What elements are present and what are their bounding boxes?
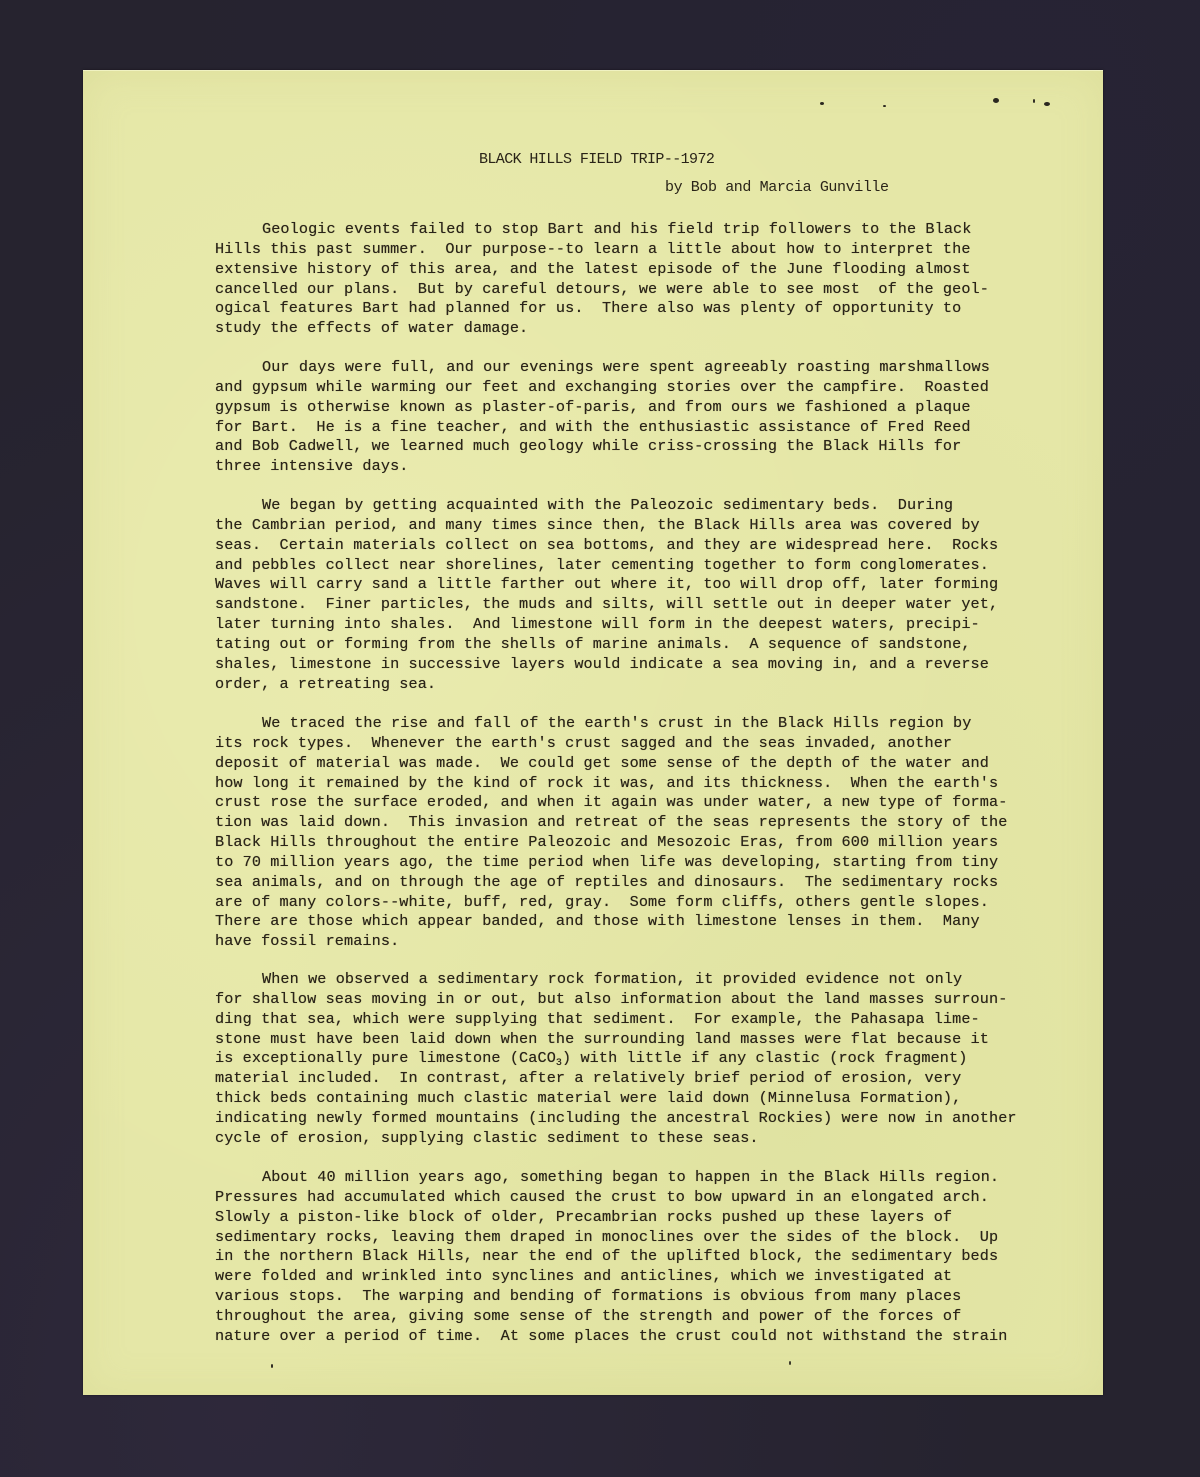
text-line: Pressures had accumulated which caused t… xyxy=(215,1188,1095,1208)
text-line: nature over a period of time. At some pl… xyxy=(215,1327,1095,1347)
text-line: sea animals, and on through the age of r… xyxy=(215,873,1095,893)
text-line: Geologic events failed to stop Bart and … xyxy=(215,220,1095,240)
paragraph: We began by getting acquainted with the … xyxy=(215,496,1095,694)
text-line: Waves will carry sand a little farther o… xyxy=(215,575,1095,595)
text-line: order, a retreating sea. xyxy=(215,675,1095,695)
text-line: We began by getting acquainted with the … xyxy=(215,496,1095,516)
text-line: and pebbles collect near shorelines, lat… xyxy=(215,556,1095,576)
text-line: tion was laid down. This invasion and re… xyxy=(215,813,1095,833)
text-line: are of many colors--white, buff, red, gr… xyxy=(215,893,1095,913)
text-line: cancelled our plans. But by careful deto… xyxy=(215,280,1095,300)
text-line: Black Hills throughout the entire Paleoz… xyxy=(215,833,1095,853)
text-line: Slowly a piston-like block of older, Pre… xyxy=(215,1208,1095,1228)
text-line: to 70 million years ago, the time period… xyxy=(215,853,1095,873)
document-title: BLACK HILLS FIELD TRIP--1972 xyxy=(479,151,714,168)
text-line: ding that sea, which were supplying that… xyxy=(215,1010,1095,1030)
text-line: the Cambrian period, and many times sinc… xyxy=(215,516,1095,536)
text-line: thick beds containing much clastic mater… xyxy=(215,1089,1095,1109)
text-line: cycle of erosion, supplying clastic sedi… xyxy=(215,1129,1095,1149)
text-line: sedimentary rocks, leaving them draped i… xyxy=(215,1228,1095,1248)
text-line: in the northern Black Hills, near the en… xyxy=(215,1247,1095,1267)
text-line: how long it remained by the kind of rock… xyxy=(215,774,1095,794)
text-line: crust rose the surface eroded, and when … xyxy=(215,793,1095,813)
text-line: material included. In contrast, after a … xyxy=(215,1069,1095,1089)
text-line: throughout the area, giving some sense o… xyxy=(215,1307,1095,1327)
paper-speck xyxy=(1033,99,1035,103)
text-line: gypsum is otherwise known as plaster-of-… xyxy=(215,398,1095,418)
text-line: seas. Certain materials collect on sea b… xyxy=(215,536,1095,556)
paper-speck xyxy=(1044,102,1050,106)
text-line: When we observed a sedimentary rock form… xyxy=(215,970,1095,990)
text-line: We traced the rise and fall of the earth… xyxy=(215,714,1095,734)
paper-speck xyxy=(993,98,999,103)
text-line: study the effects of water damage. xyxy=(215,319,1095,339)
text-line: stone must have been laid down when the … xyxy=(215,1030,1095,1050)
paper-speck xyxy=(883,105,886,107)
text-line: later turning into shales. And limestone… xyxy=(215,615,1095,635)
text-line: its rock types. Whenever the earth's cru… xyxy=(215,734,1095,754)
text-line: Our days were full, and our evenings wer… xyxy=(215,358,1095,378)
paragraph: Our days were full, and our evenings wer… xyxy=(215,358,1095,477)
paper-speck xyxy=(271,1364,273,1368)
text-line: tating out or forming from the shells of… xyxy=(215,635,1095,655)
paper-speck xyxy=(789,1361,791,1365)
text-line: is exceptionally pure limestone (CaCO3) … xyxy=(215,1049,1095,1069)
paragraph: We traced the rise and fall of the earth… xyxy=(215,714,1095,952)
paragraph: Geologic events failed to stop Bart and … xyxy=(215,220,1095,339)
paper-speck xyxy=(820,102,824,105)
text-line: were folded and wrinkled into synclines … xyxy=(215,1267,1095,1287)
text-line: sandstone. Finer particles, the muds and… xyxy=(215,595,1095,615)
text-line: for shallow seas moving in or out, but a… xyxy=(215,990,1095,1010)
text-line: and gypsum while warming our feet and ex… xyxy=(215,378,1095,398)
text-line: have fossil remains. xyxy=(215,932,1095,952)
text-line: deposit of material was made. We could g… xyxy=(215,754,1095,774)
text-line: There are those which appear banded, and… xyxy=(215,912,1095,932)
paragraph: About 40 million years ago, something be… xyxy=(215,1168,1095,1347)
text-line: various stops. The warping and bending o… xyxy=(215,1287,1095,1307)
text-line: Hills this past summer. Our purpose--to … xyxy=(215,240,1095,260)
text-line: three intensive days. xyxy=(215,457,1095,477)
text-line: and Bob Cadwell, we learned much geology… xyxy=(215,437,1095,457)
text-line: extensive history of this area, and the … xyxy=(215,260,1095,280)
text-line: indicating newly formed mountains (inclu… xyxy=(215,1109,1095,1129)
text-line: shales, limestone in successive layers w… xyxy=(215,655,1095,675)
text-line: ogical features Bart had planned for us.… xyxy=(215,299,1095,319)
paragraph: When we observed a sedimentary rock form… xyxy=(215,970,1095,1149)
document-byline: by Bob and Marcia Gunville xyxy=(665,179,889,196)
text-line: About 40 million years ago, something be… xyxy=(215,1168,1095,1188)
text-line: for Bart. He is a fine teacher, and with… xyxy=(215,418,1095,438)
